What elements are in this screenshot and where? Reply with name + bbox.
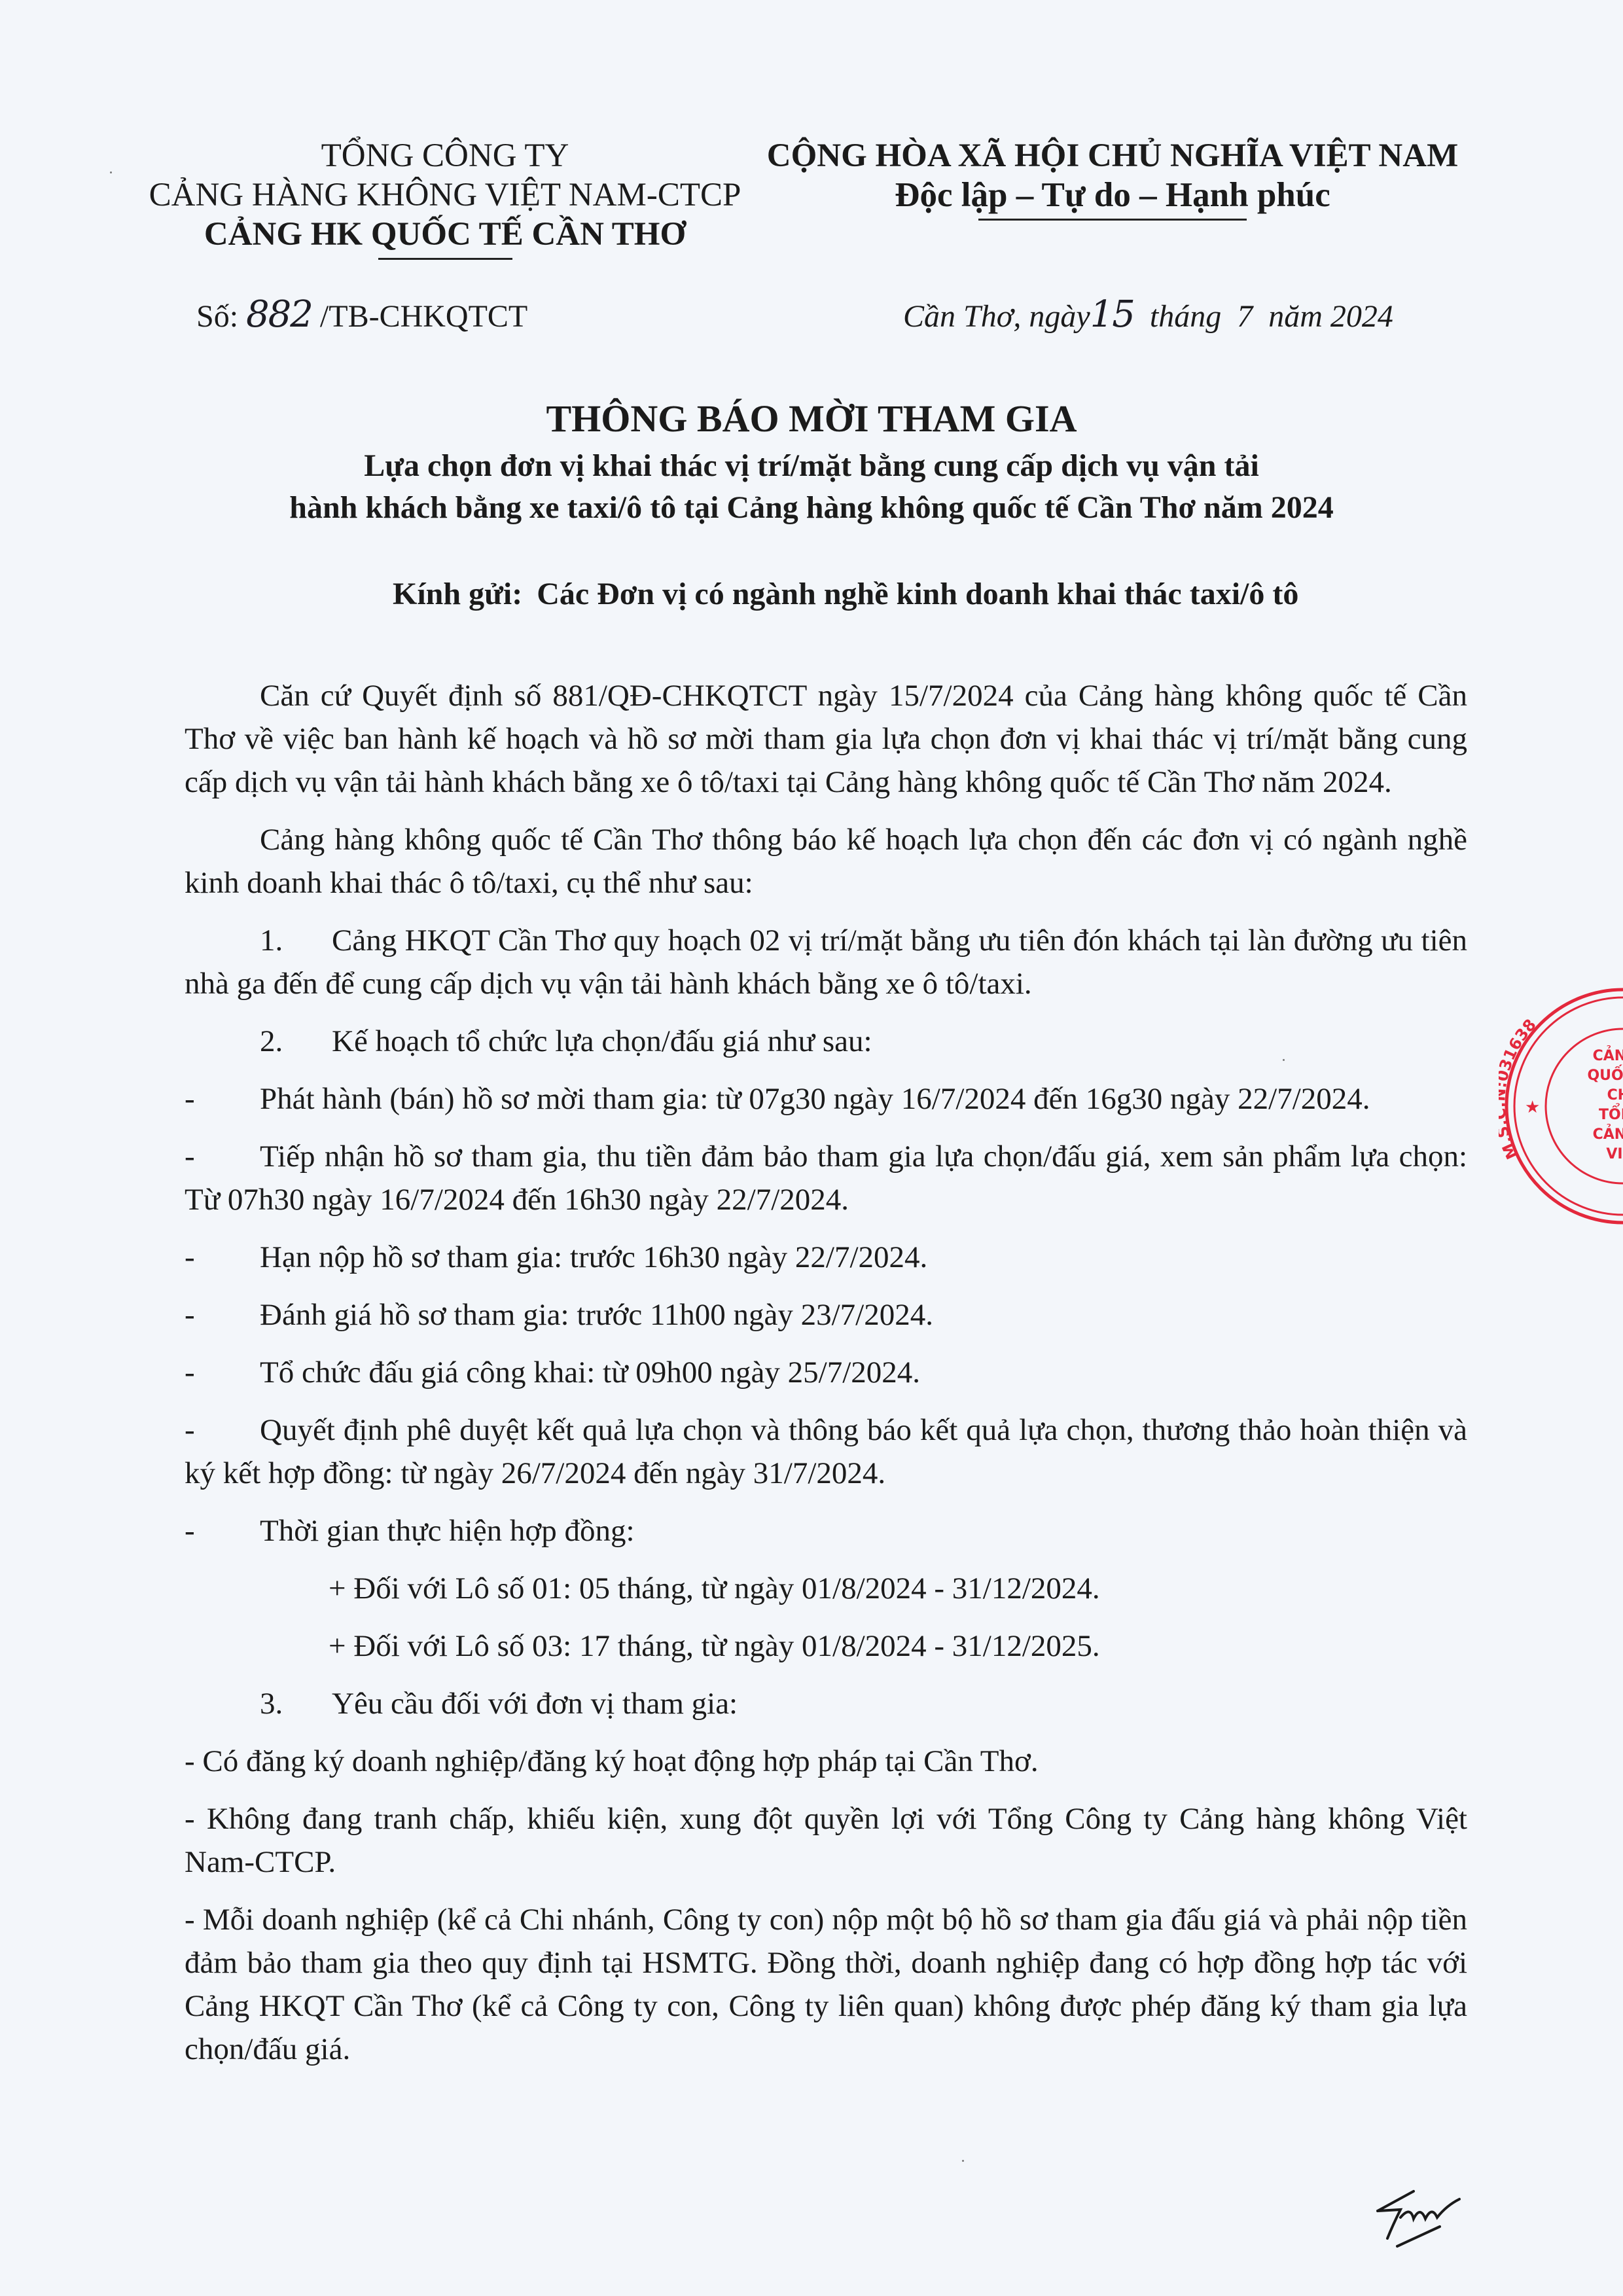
seal-line: QUỐC TẾ bbox=[1587, 1065, 1623, 1084]
item-2: 2.Kế hoạch tổ chức lựa chọn/đấu giá như … bbox=[185, 1020, 1467, 1063]
recipient-value: Các Đơn vị có ngành nghề kinh doanh khai… bbox=[537, 577, 1298, 611]
date-month: 7 bbox=[1237, 299, 1253, 334]
title-block: THÔNG BÁO MỜI THAM GIA Lựa chọn đơn vị k… bbox=[98, 393, 1525, 529]
seal-line: VIỆT N bbox=[1606, 1145, 1623, 1162]
doc-number-prefix: Số: bbox=[196, 299, 238, 334]
issuer-unit: CẢNG HK QUỐC TẾ CẦN THƠ bbox=[131, 215, 759, 254]
doc-number-suffix: /TB-CHKQTCT bbox=[320, 299, 527, 334]
schedule-item: -Phát hành (bán) hồ sơ mời tham gia: từ … bbox=[185, 1077, 1467, 1121]
issuer-parent: TỔNG CÔNG TY bbox=[131, 136, 759, 175]
requirement-item: - Mỗi doanh nghiệp (kể cả Chi nhánh, Côn… bbox=[185, 1898, 1467, 2071]
issuer-block: TỔNG CÔNG TY CẢNG HÀNG KHÔNG VIỆT NAM-CT… bbox=[131, 136, 759, 260]
item-2-text: Kế hoạch tổ chức lựa chọn/đấu giá như sa… bbox=[332, 1024, 872, 1058]
date-year: 2024 bbox=[1330, 299, 1393, 334]
contract-lot-1: + Đối với Lô số 01: 05 tháng, từ ngày 01… bbox=[185, 1567, 1467, 1610]
document-title: THÔNG BÁO MỜI THAM GIA bbox=[98, 393, 1525, 445]
document-subtitle-line2: hành khách bằng xe taxi/ô tô tại Cảng hà… bbox=[98, 487, 1525, 529]
item-1-text: Cảng HKQT Cần Thơ quy hoạch 02 vị trí/mặ… bbox=[185, 924, 1467, 1001]
seal-line: CẢNG HÀ bbox=[1593, 1046, 1623, 1064]
date-year-label: năm bbox=[1268, 299, 1323, 334]
item-3-text: Yêu cầu đối với đơn vị tham gia: bbox=[332, 1687, 738, 1721]
intro-paragraph: Cảng hàng không quốc tế Cần Thơ thông bá… bbox=[185, 818, 1467, 905]
national-motto: Độc lập – Tự do – Hạnh phúc bbox=[753, 175, 1472, 215]
contract-lot-3: + Đối với Lô số 03: 17 tháng, từ ngày 01… bbox=[185, 1624, 1467, 1668]
requirement-item: - Không đang tranh chấp, khiếu kiện, xun… bbox=[185, 1797, 1467, 1884]
seal-line: CẢNG HÀ bbox=[1593, 1124, 1623, 1143]
requirement-item: - Có đăng ký doanh nghiệp/đăng ký hoạt đ… bbox=[185, 1740, 1467, 1783]
document-body: Căn cứ Quyết định số 881/QĐ-CHKQTCT ngày… bbox=[185, 674, 1467, 2085]
schedule-item: -Tổ chức đấu giá công khai: từ 09h00 ngà… bbox=[185, 1351, 1467, 1394]
issuer-corporation: CẢNG HÀNG KHÔNG VIỆT NAM-CTCP bbox=[131, 175, 759, 215]
national-title: CỘNG HÒA XÃ HỘI CHỦ NGHĨA VIỆT NAM bbox=[753, 136, 1472, 175]
company-seal-stamp: M.S.C.N:031638 CẢNG HÀ QUỐC TẾ CHI N TỔN… bbox=[1499, 982, 1623, 1230]
scan-speck bbox=[110, 171, 112, 173]
document-page: TỔNG CÔNG TY CẢNG HÀNG KHÔNG VIỆT NAM-CT… bbox=[0, 0, 1623, 2296]
scan-speck bbox=[962, 2160, 964, 2162]
document-subtitle-line1: Lựa chọn đơn vị khai thác vị trí/mặt bằn… bbox=[98, 445, 1525, 487]
doc-number-handwritten: 882 bbox=[246, 293, 312, 336]
schedule-item: -Quyết định phê duyệt kết quả lựa chọn v… bbox=[185, 1408, 1467, 1495]
date-month-label: tháng bbox=[1150, 299, 1221, 334]
signature-initial bbox=[1374, 2186, 1505, 2251]
date-place: Cần Thơ, ngày bbox=[903, 299, 1090, 334]
issuer-underline bbox=[378, 258, 512, 260]
recipient-line: Kính gửi:Các Đơn vị có ngành nghề kinh d… bbox=[393, 576, 1298, 612]
document-date: Cần Thơ, ngày15 tháng 7 năm 2024 bbox=[903, 293, 1393, 336]
seal-star-icon: ★ bbox=[1525, 1098, 1540, 1117]
item-3: 3.Yêu cầu đối với đơn vị tham gia: bbox=[185, 1682, 1467, 1725]
document-number: Số: 882 /TB-CHKQTCT bbox=[196, 293, 527, 336]
national-header: CỘNG HÒA XÃ HỘI CHỦ NGHĨA VIỆT NAM Độc l… bbox=[753, 136, 1472, 221]
basis-paragraph: Căn cứ Quyết định số 881/QĐ-CHKQTCT ngày… bbox=[185, 674, 1467, 804]
item-3-number: 3. bbox=[260, 1682, 332, 1725]
item-1: 1.Cảng HKQT Cần Thơ quy hoạch 02 vị trí/… bbox=[185, 919, 1467, 1005]
motto-underline bbox=[978, 219, 1247, 221]
scan-speck bbox=[1283, 1059, 1285, 1061]
item-1-number: 1. bbox=[260, 919, 332, 962]
seal-line: TỔNG C bbox=[1599, 1103, 1623, 1123]
recipient-label: Kính gửi: bbox=[393, 577, 522, 611]
schedule-item: -Thời gian thực hiện hợp đồng: bbox=[185, 1509, 1467, 1552]
schedule-item: -Hạn nộp hồ sơ tham gia: trước 16h30 ngà… bbox=[185, 1236, 1467, 1279]
schedule-item: -Tiếp nhận hồ sơ tham gia, thu tiền đảm … bbox=[185, 1135, 1467, 1221]
seal-line: CHI N bbox=[1607, 1087, 1623, 1103]
schedule-item: -Đánh giá hồ sơ tham gia: trước 11h00 ng… bbox=[185, 1293, 1467, 1336]
date-day-handwritten: 15 bbox=[1090, 293, 1134, 336]
item-2-number: 2. bbox=[260, 1020, 332, 1063]
